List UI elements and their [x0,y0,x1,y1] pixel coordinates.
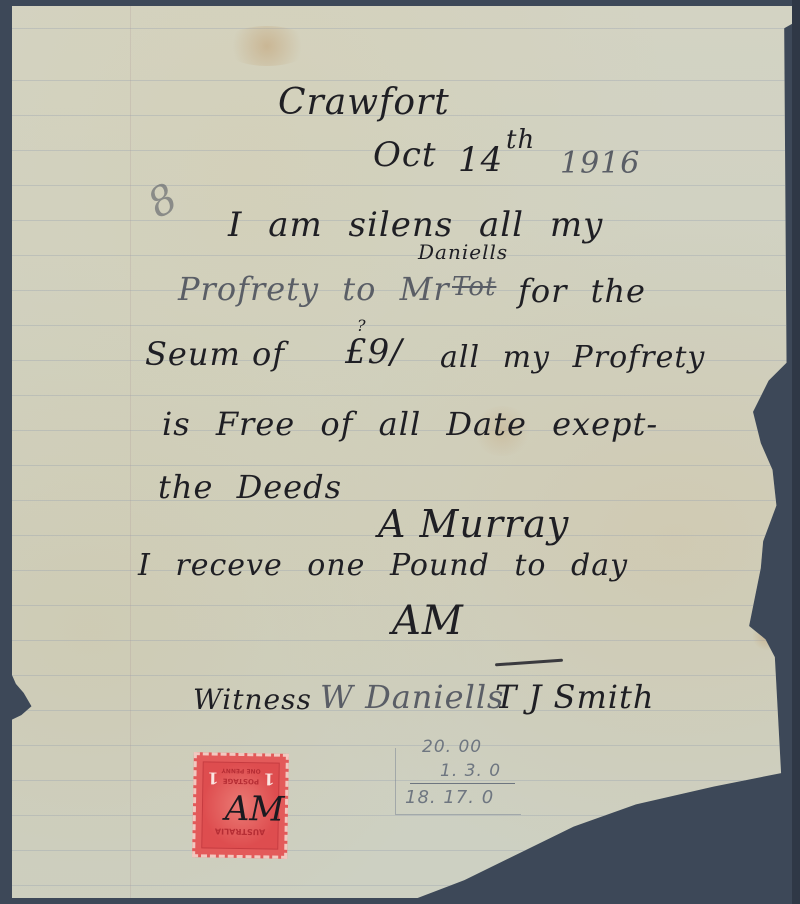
margin-line [130,6,131,898]
date-day: 14 [458,140,503,180]
body-line-5: the Deeds [158,468,342,506]
calc-total: 18. 17. 0 [405,787,494,808]
body-line-4: is Free of all Date exept- [162,405,658,443]
receipt-line: I receve one Pound to day [138,548,628,583]
stamp-label: POSTAGE [203,776,278,785]
sale-amount: £9/ [345,332,403,372]
calc-line-1: 20. 00 [422,737,482,757]
calc-rule [410,783,515,784]
witness-1: W Daniells [320,678,504,716]
stamp-value-text: ONE PENNY [204,766,279,774]
body-line-2: Profrety to Mr [178,270,450,308]
date-year: 1916 [560,146,640,181]
place-name: Crawfort [278,82,450,123]
seller-initials: AM [392,598,464,644]
buyer-struck: Tot [452,272,496,302]
body-line-2b: for the [518,272,646,310]
stain [222,26,312,66]
date-month: Oct [373,135,437,175]
witness-label: Witness [193,683,312,716]
date-suffix: th [506,125,535,155]
witness-2: T J Smith [495,678,654,716]
postage-stamp: 1 1 ONE PENNY POSTAGE AUSTRALIA AM [192,752,289,859]
body-line-3: Seum of [145,335,285,373]
calc-line-2: 1. 3. 0 [440,761,501,781]
amount-superscript: ? [357,316,367,335]
mount-edge [792,0,800,904]
seller-signature: A Murray [378,502,569,546]
body-line-3b: all my Profrety [440,340,705,375]
body-line-1: I am silens all my [228,205,603,245]
buyer-insert: Daniells [418,240,508,264]
stamp-cancellation: AM [225,789,285,830]
stamp-face: 1 1 ONE PENNY POSTAGE AUSTRALIA AM [201,761,280,849]
